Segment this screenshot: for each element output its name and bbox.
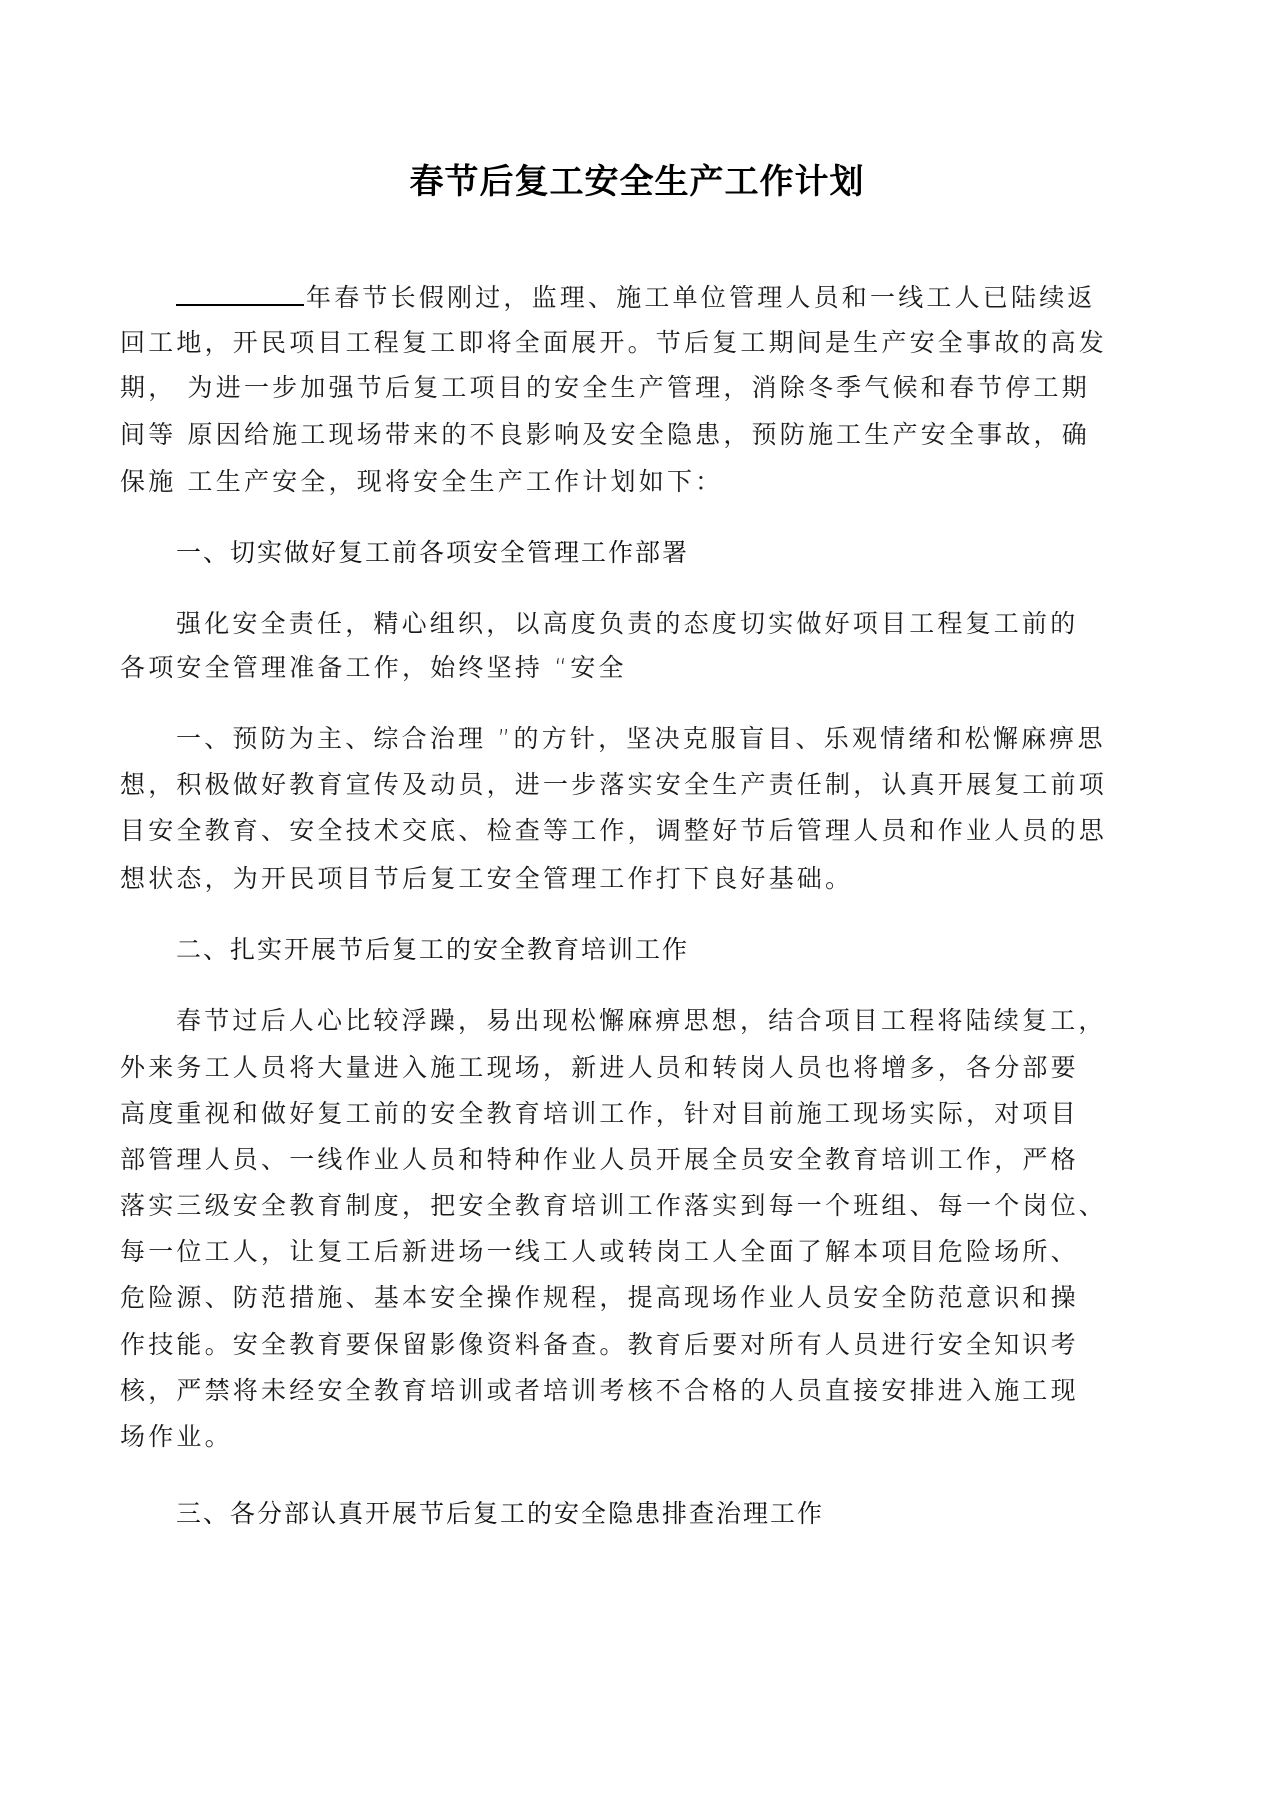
section-heading-3: 三、各分部认真开展节后复工的安全隐患排查治理工作 [176, 1497, 824, 1531]
intro-line-1: 年春节长假刚过，监理、施工单位管理人员和一线工人已陆续返 [176, 281, 1096, 315]
section2-para1-line-7: 危险源、防范措施、基本安全操作规程，提高现场作业人员安全防范意识和操 [120, 1281, 1079, 1315]
section1-para1-line-2: 各项安全管理准备工作，始终坚持 “安全 [120, 651, 627, 685]
section2-para1-line-2: 外来务工人员将大量进入施工现场，新进人员和转岗人员也将增多，各分部要 [120, 1051, 1079, 1085]
section1-para2-line-2: 想，积极做好教育宣传及动员，进一步落实安全生产责任制，认真开展复工前项 [120, 768, 1107, 802]
section2-para1-line-1: 春节过后人心比较浮躁，易出现松懈麻痹思想，结合项目工程将陆续复工， [176, 1004, 1107, 1038]
section2-para1-line-3: 高度重视和做好复工前的安全教育培训工作，针对目前施工现场实际，对项目 [120, 1097, 1079, 1131]
section1-para2-line-4: 想状态，为开民项目节后复工安全管理工作打下良好基础。 [120, 862, 853, 896]
section2-para1-line-8: 作技能。安全教育要保留影像资料备查。教育后要对所有人员进行安全知识考 [120, 1328, 1079, 1362]
section1-para1-line-1: 强化安全责任，精心组织，以高度负责的态度切实做好项目工程复工前的 [176, 607, 1078, 641]
section-heading-2: 二、扎实开展节后复工的安全教育培训工作 [176, 933, 689, 967]
document-title: 春节后复工安全生产工作计划 [0, 160, 1274, 204]
section2-para1-line-4: 部管理人员、一线作业人员和特种作业人员开展全员安全教育培训工作，严格 [120, 1143, 1079, 1177]
intro-line-4: 间等 原因给施工现场带来的不良影响及安全隐患，预防施工生产安全事故，确 [120, 418, 1090, 452]
section1-para2-line-1: 一、预防为主、综合治理 ”的方针，坚决克服盲目、乐观情绪和松懈麻痹思 [176, 722, 1106, 756]
section1-para2-line-3: 目安全教育、安全技术交底、检查等工作，调整好节后管理人员和作业人员的思 [120, 814, 1107, 848]
intro-line-3: 期， 为进一步加强节后复工项目的安全生产管理，消除冬季气候和春节停工期 [120, 371, 1090, 405]
intro-line-5: 保施 工生产安全，现将安全生产工作计划如下： [120, 465, 723, 499]
section2-para1-line-5: 落实三级安全教育制度，把安全教育培训工作落实到每一个班组、每一个岗位、 [120, 1189, 1107, 1223]
document-page: 春节后复工安全生产工作计划 年春节长假刚过，监理、施工单位管理人员和一线工人已陆… [0, 0, 1274, 1804]
section2-para1-line-10: 场作业。 [120, 1420, 233, 1454]
intro-line-2: 回工地，开民项目工程复工即将全面展开。节后复工期间是生产安全事故的高发 [120, 326, 1107, 360]
year-blank-field [176, 282, 304, 306]
section2-para1-line-6: 每一位工人，让复工后新进场一线工人或转岗工人全面了解本项目危险场所、 [120, 1235, 1079, 1269]
section2-para1-line-9: 核，严禁将未经安全教育培训或者培训考核不合格的人员直接安排进入施工现 [120, 1374, 1079, 1408]
intro-text: 年春节长假刚过，监理、施工单位管理人员和一线工人已陆续返 [306, 283, 1096, 312]
section-heading-1: 一、切实做好复工前各项安全管理工作部署 [176, 536, 689, 570]
